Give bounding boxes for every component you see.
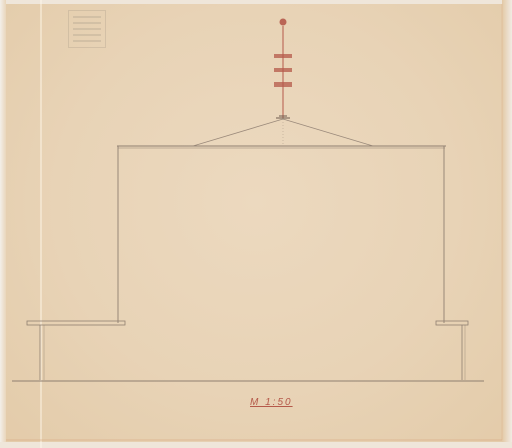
left-base-ledge — [27, 321, 125, 380]
right-base-ledge — [436, 321, 468, 380]
elevation-drawing — [0, 0, 512, 448]
finial-icon — [274, 19, 292, 119]
gable-roof — [193, 119, 373, 146]
scale-label: M 1:50 — [250, 397, 293, 408]
drawing-sheet: M 1:50 — [0, 0, 512, 448]
main-wall-outline — [117, 146, 446, 323]
